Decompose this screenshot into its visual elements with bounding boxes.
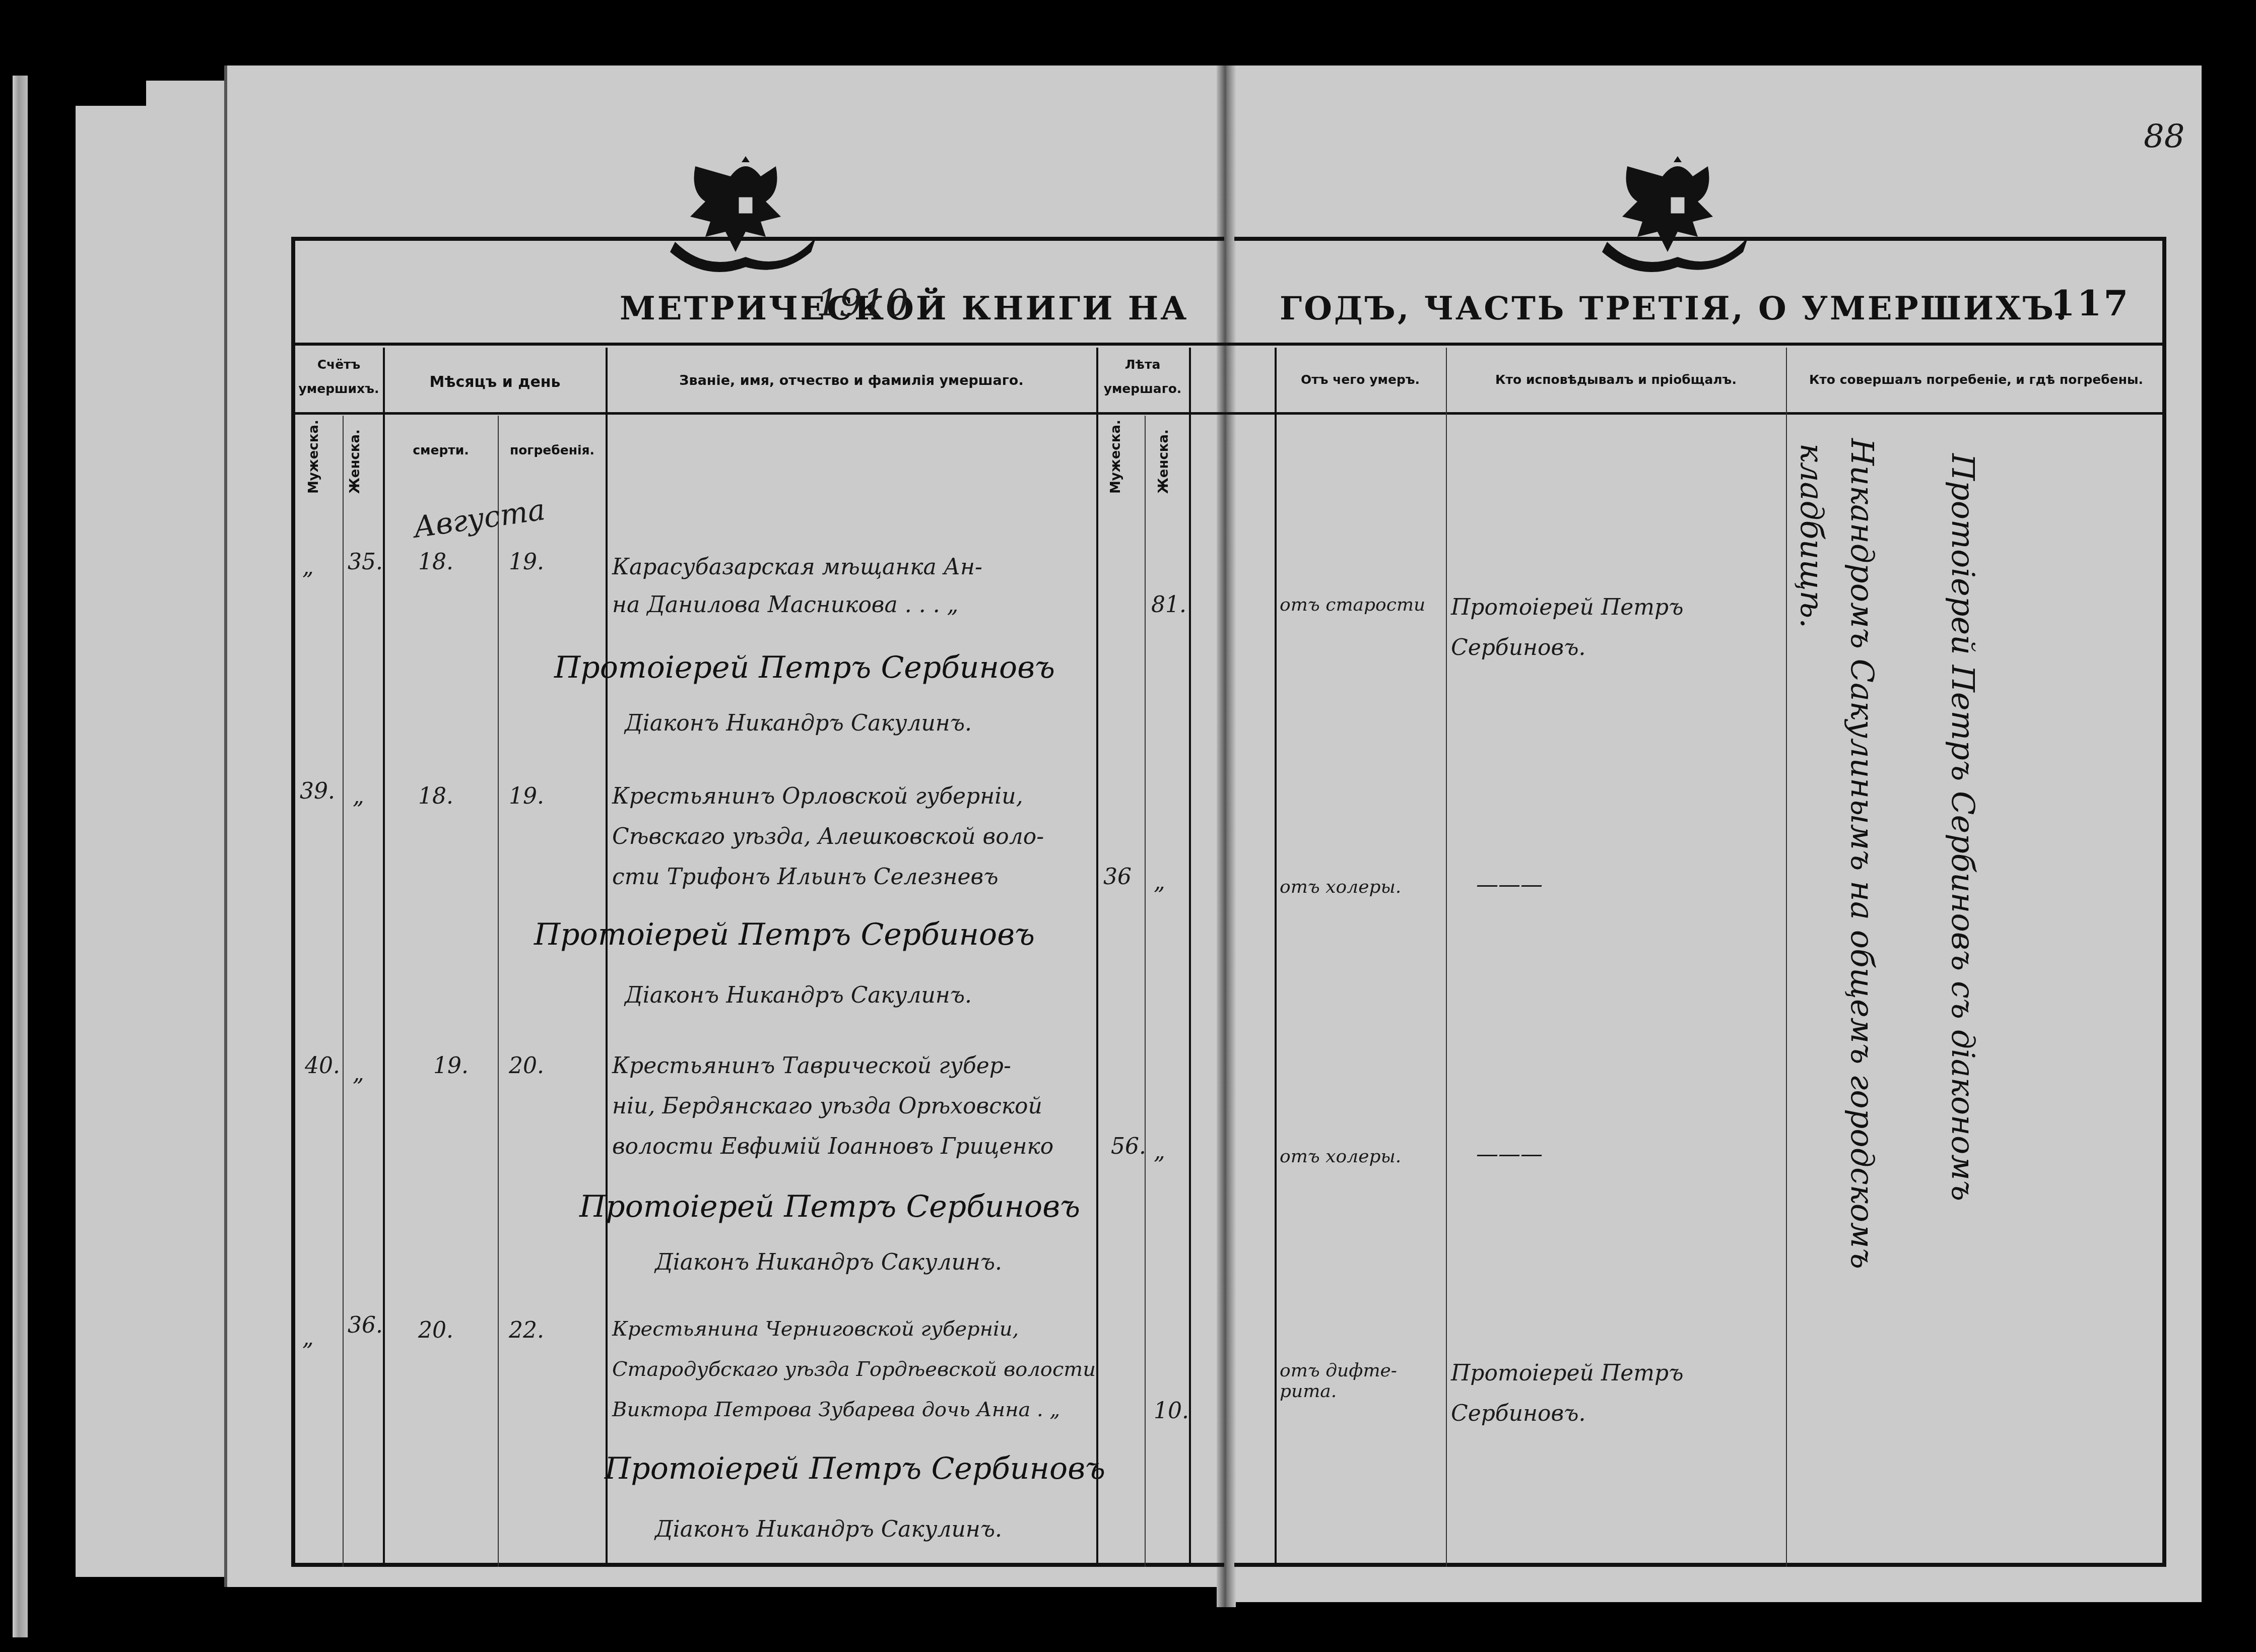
col-line bbox=[606, 348, 608, 1567]
signature-priest: Протоіерей Петръ Сербиновъ bbox=[554, 650, 1055, 685]
entry-confessor: ——— bbox=[1476, 1141, 1543, 1167]
header-count: Счётъ умершихъ. bbox=[297, 353, 380, 401]
book-edge-strip bbox=[13, 76, 28, 1637]
entry-confessor: Сербиновъ. bbox=[1451, 1401, 1585, 1426]
signature-deacon: Діаконъ Никандръ Сакулинъ. bbox=[625, 710, 972, 736]
burial-note-line-2: Никандромъ Сакулинымъ на общемъ городско… bbox=[1844, 438, 1881, 1496]
entry-age-female: 10. bbox=[1154, 1398, 1189, 1424]
entry-confessor: Сербиновъ. bbox=[1451, 635, 1585, 660]
col-line bbox=[1275, 348, 1277, 1567]
header-confessor: Кто исповѣдывалъ и пріобщалъ. bbox=[1448, 368, 1783, 392]
header-month-day: Мѣсяцъ и день bbox=[385, 368, 605, 397]
header-name: Званіе, имя, отчество и фамилія умершаго… bbox=[610, 368, 1093, 393]
header-death: смерти. bbox=[385, 438, 496, 462]
entry-male-no: 40. bbox=[305, 1053, 340, 1079]
col-line bbox=[1446, 348, 1447, 1567]
entry-cause: отъ холеры. bbox=[1280, 1146, 1401, 1167]
entry-male-no: „ bbox=[302, 1325, 314, 1351]
burial-note-line-1: Протоіерей Петръ Сербиновъ съ діакономъ bbox=[1945, 453, 1981, 1511]
entry-cause: отъ старости bbox=[1280, 594, 1425, 615]
entry-death-day: 19. bbox=[433, 1053, 469, 1079]
entry-age-female: „ bbox=[1154, 1139, 1165, 1164]
col-line bbox=[1786, 348, 1787, 1567]
header-age-female: Женска. bbox=[1156, 418, 1171, 494]
entry-age-female: „ bbox=[1154, 869, 1165, 895]
entry-female-no: 35. bbox=[348, 549, 383, 575]
header-rule bbox=[295, 343, 2166, 346]
entry-age-male: 36 bbox=[1103, 864, 1132, 890]
header-burier: Кто совершалъ погребеніе, и гдѣ погребен… bbox=[1788, 368, 2164, 392]
entry-name-line: сти Трифонъ Ильинъ Селезневъ bbox=[612, 864, 998, 890]
entry-female-no: „ bbox=[353, 783, 364, 809]
entry-male-no: 39. bbox=[300, 778, 335, 804]
entry-male-no: „ bbox=[302, 554, 314, 580]
entry-confessor: ——— bbox=[1476, 872, 1543, 897]
title-right: ГОДЪ, ЧАСТЬ ТРЕТІЯ, О УМЕРШИХЪ. bbox=[1280, 290, 2069, 327]
entry-age-female: 81. bbox=[1151, 592, 1186, 618]
signature-priest: Протоіерей Петръ Сербиновъ bbox=[534, 917, 1035, 952]
col-line bbox=[498, 416, 499, 1567]
entry-name-line: Карасубазарская мѣщанка Ан- bbox=[612, 554, 982, 580]
subheader-rule bbox=[295, 412, 2166, 415]
entry-death-day: 20. bbox=[418, 1317, 453, 1343]
col-line bbox=[343, 416, 344, 1567]
col-line bbox=[383, 348, 385, 1567]
year-handwritten: 1910 bbox=[816, 282, 908, 324]
entry-death-day: 18. bbox=[418, 783, 453, 809]
entry-name-line: Стародубскаго уѣзда Гордѣевской волости bbox=[612, 1358, 1096, 1381]
page-number: 117 bbox=[2050, 282, 2130, 324]
entry-confessor: Протоіерей Петръ bbox=[1451, 1360, 1684, 1386]
col-line bbox=[1189, 348, 1191, 1567]
entry-death-day: 18. bbox=[418, 549, 453, 575]
header-female: Женска. bbox=[348, 418, 363, 494]
signature-priest: Протоіерей Петръ Сербиновъ bbox=[579, 1189, 1080, 1224]
signature-deacon: Діаконъ Никандръ Сакулинъ. bbox=[655, 1249, 1002, 1275]
signature-deacon: Діаконъ Никандръ Сакулинъ. bbox=[655, 1516, 1002, 1542]
header-cause: Отъ чего умеръ. bbox=[1277, 368, 1443, 392]
col-line bbox=[1145, 416, 1146, 1567]
header-age: Лѣта умершаго. bbox=[1098, 353, 1187, 401]
folio-number: 88 bbox=[2144, 118, 2184, 156]
header-male: Мужеска. bbox=[306, 418, 321, 494]
entry-burial-day: 20. bbox=[509, 1053, 544, 1079]
entry-name-line: Сѣвскаго уѣзда, Алешковской воло- bbox=[612, 824, 1044, 849]
entry-cause: отъ дифте-рита. bbox=[1280, 1360, 1441, 1402]
signature-deacon: Діаконъ Никандръ Сакулинъ. bbox=[625, 982, 972, 1008]
header-age-male: Мужеска. bbox=[1108, 418, 1123, 494]
entry-name-line: Виктора Петрова Зубарева дочь Анна . „ bbox=[612, 1398, 1060, 1421]
col-line bbox=[1096, 348, 1098, 1567]
signature-priest: Протоіерей Петръ Сербиновъ bbox=[605, 1451, 1105, 1486]
entry-name-line: Крестьянинъ Орловской губерніи, bbox=[612, 783, 1023, 809]
entry-cause: отъ холеры. bbox=[1280, 877, 1401, 897]
header-burial: погребенія. bbox=[500, 438, 605, 462]
entry-confessor: Протоіерей Петръ bbox=[1451, 594, 1684, 620]
entry-age-male: 56. bbox=[1111, 1134, 1146, 1159]
entry-burial-day: 19. bbox=[509, 783, 544, 809]
burial-note-line-3: кладбищѣ. bbox=[1794, 443, 1830, 746]
entry-burial-day: 19. bbox=[509, 549, 544, 575]
entry-female-no: 36. bbox=[348, 1312, 383, 1338]
entry-burial-day: 22. bbox=[509, 1317, 544, 1343]
entry-name-line: ніи, Бердянскаго уѣзда Орѣховской bbox=[612, 1093, 1042, 1119]
entry-female-no: „ bbox=[353, 1061, 364, 1086]
entry-name-line: Крестьянинъ Таврической губер- bbox=[612, 1053, 1011, 1079]
entry-name-line: Крестьянина Черниговской губерніи, bbox=[612, 1317, 1019, 1341]
entry-name-line: на Данилова Масникова . . . „ bbox=[612, 592, 958, 618]
entry-name-line: волости Евфимій Іоанновъ Гриценко bbox=[612, 1134, 1053, 1159]
